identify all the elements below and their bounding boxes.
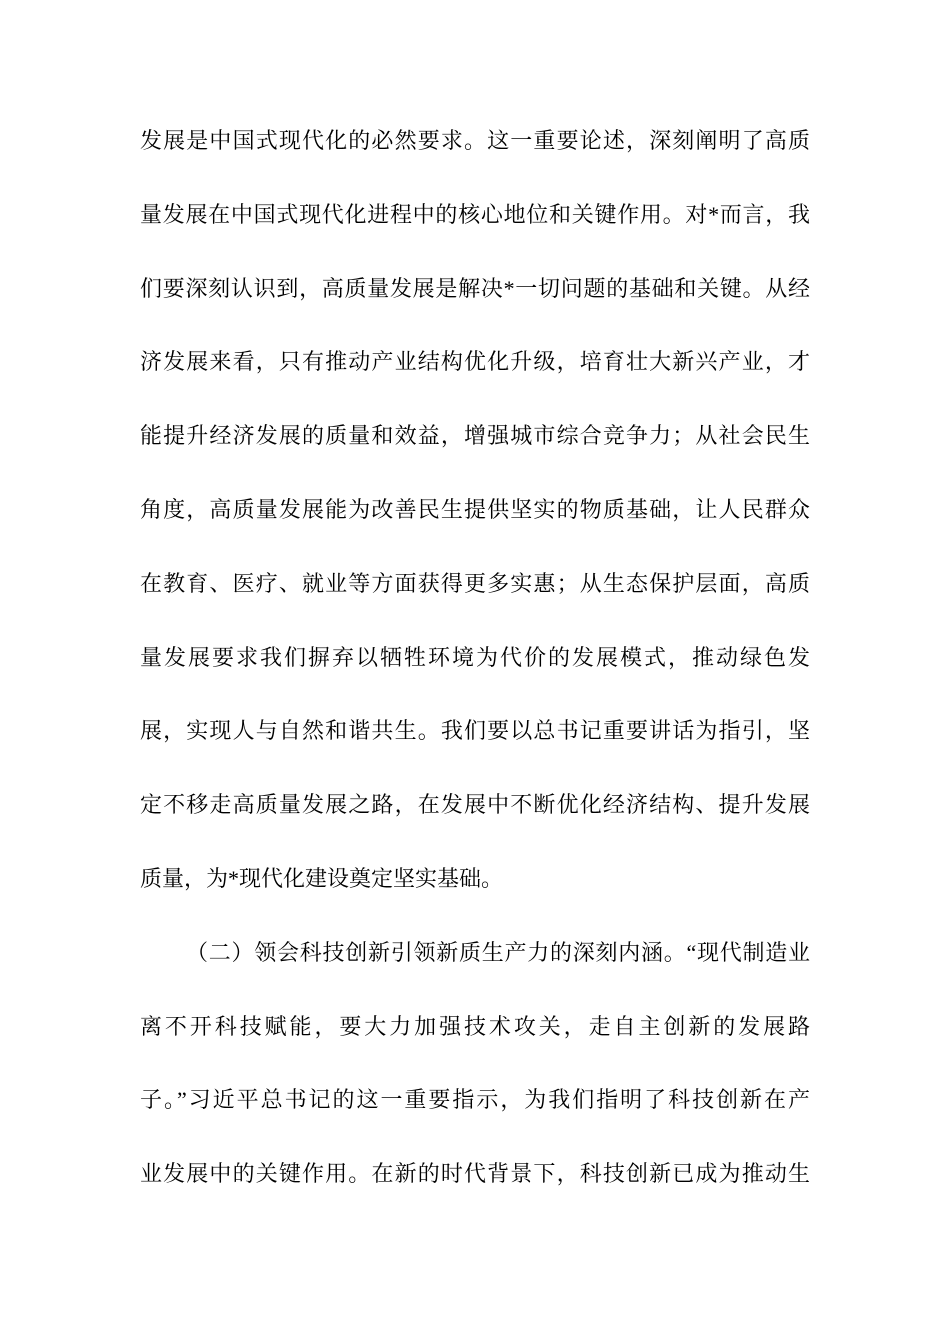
text-line: 质量，为*现代化建设奠定坚实基础。 (140, 842, 810, 916)
text-line: 在教育、医疗、就业等方面获得更多实惠；从生态保护层面，高质 (140, 547, 810, 621)
text-line: 量发展在中国式现代化进程中的核心地位和关键作用。对*而言，我 (140, 178, 810, 252)
text-line: 们要深刻认识到，高质量发展是解决*一切问题的基础和关键。从经 (140, 252, 810, 326)
text-line: 展，实现人与自然和谐共生。我们要以总书记重要讲话为指引，坚 (140, 694, 810, 768)
text-line: 定不移走高质量发展之路，在发展中不断优化经济结构、提升发展 (140, 768, 810, 842)
text-line: 量发展要求我们摒弃以牺牲环境为代价的发展模式，推动绿色发 (140, 621, 810, 695)
document-page: 发展是中国式现代化的必然要求。这一重要论述，深刻阐明了高质量发展在中国式现代化进… (0, 0, 950, 1344)
text-line: 角度，高质量发展能为改善民生提供坚实的物质基础，让人民群众 (140, 473, 810, 547)
text-line: 发展是中国式现代化的必然要求。这一重要论述，深刻阐明了高质 (140, 104, 810, 178)
document-text-block: 发展是中国式现代化的必然要求。这一重要论述，深刻阐明了高质量发展在中国式现代化进… (140, 104, 810, 1211)
text-line: 济发展来看，只有推动产业结构优化升级，培育壮大新兴产业，才 (140, 325, 810, 399)
text-line: 子。”习近平总书记的这一重要指示，为我们指明了科技创新在产 (140, 1063, 810, 1137)
text-line: 离不开科技赋能，要大力加强技术攻关，走自主创新的发展路 (140, 990, 810, 1064)
text-line: 能提升经济发展的质量和效益，增强城市综合竞争力；从社会民生 (140, 399, 810, 473)
text-line: 业发展中的关键作用。在新的时代背景下，科技创新已成为推动生 (140, 1137, 810, 1211)
text-line: （二）领会科技创新引领新质生产力的深刻内涵。“现代制造业 (140, 916, 810, 990)
